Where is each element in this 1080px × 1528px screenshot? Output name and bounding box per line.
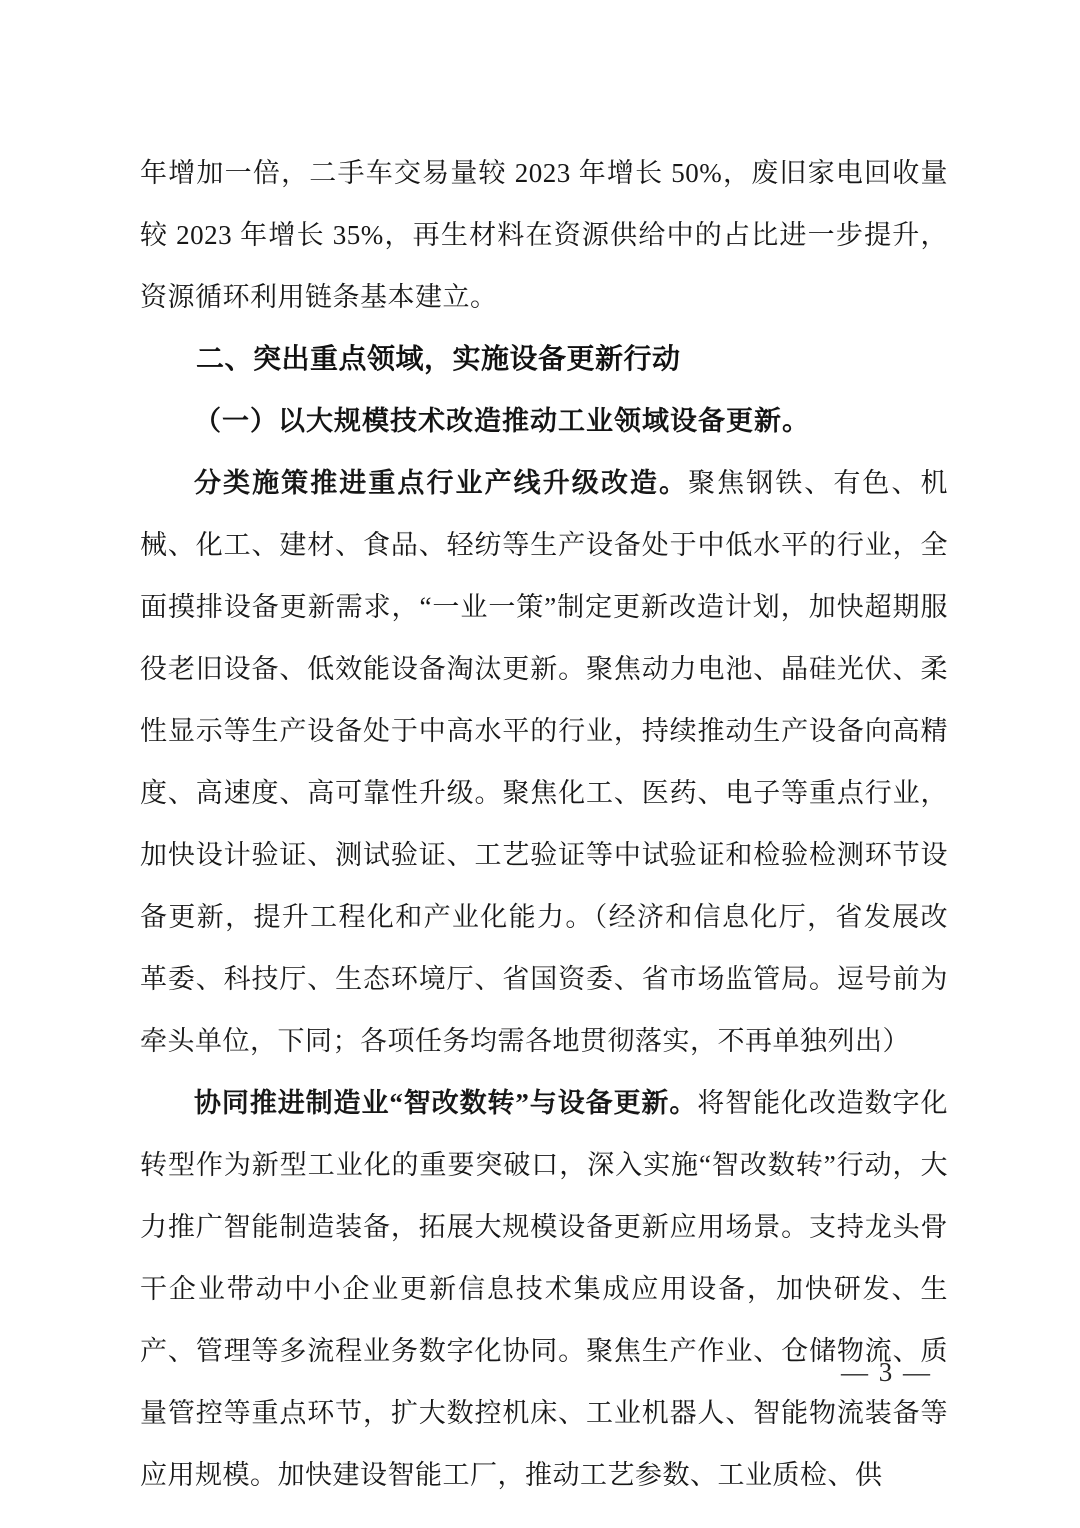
document-content: 年增加一倍，二手车交易量较 2023 年增长 50%，废旧家电回收量较 2023… [140, 142, 948, 1506]
continuation-paragraph: 年增加一倍，二手车交易量较 2023 年增长 50%，废旧家电回收量较 2023… [140, 142, 948, 328]
task-2-lead-sentence: 协同推进制造业“智改数转”与设备更新。 [194, 1088, 697, 1118]
task-paragraph-2: 协同推进制造业“智改数转”与设备更新。将智能化改造数字化转型作为新型工业化的重要… [140, 1072, 948, 1506]
task-paragraph-1: 分类施策推进重点行业产线升级改造。聚焦钢铁、有色、机械、化工、建材、食品、轻纺等… [140, 452, 948, 1072]
subsection-heading: （一）以大规模技术改造推动工业领域设备更新。 [140, 390, 948, 452]
task-1-body-text: 聚焦钢铁、有色、机械、化工、建材、食品、轻纺等生产设备处于中低水平的行业，全面摸… [140, 468, 948, 932]
document-page: 年增加一倍，二手车交易量较 2023 年增长 50%，废旧家电回收量较 2023… [0, 0, 1080, 1528]
page-number: — 3 — [841, 1352, 932, 1392]
section-heading: 二、突出重点领域，实施设备更新行动 [140, 328, 948, 390]
task-1-lead-sentence: 分类施策推进重点行业产线升级改造。 [194, 468, 688, 498]
task-2-body-text: 将智能化改造数字化转型作为新型工业化的重要突破口，深入实施“智改数转”行动，大力… [140, 1088, 948, 1490]
